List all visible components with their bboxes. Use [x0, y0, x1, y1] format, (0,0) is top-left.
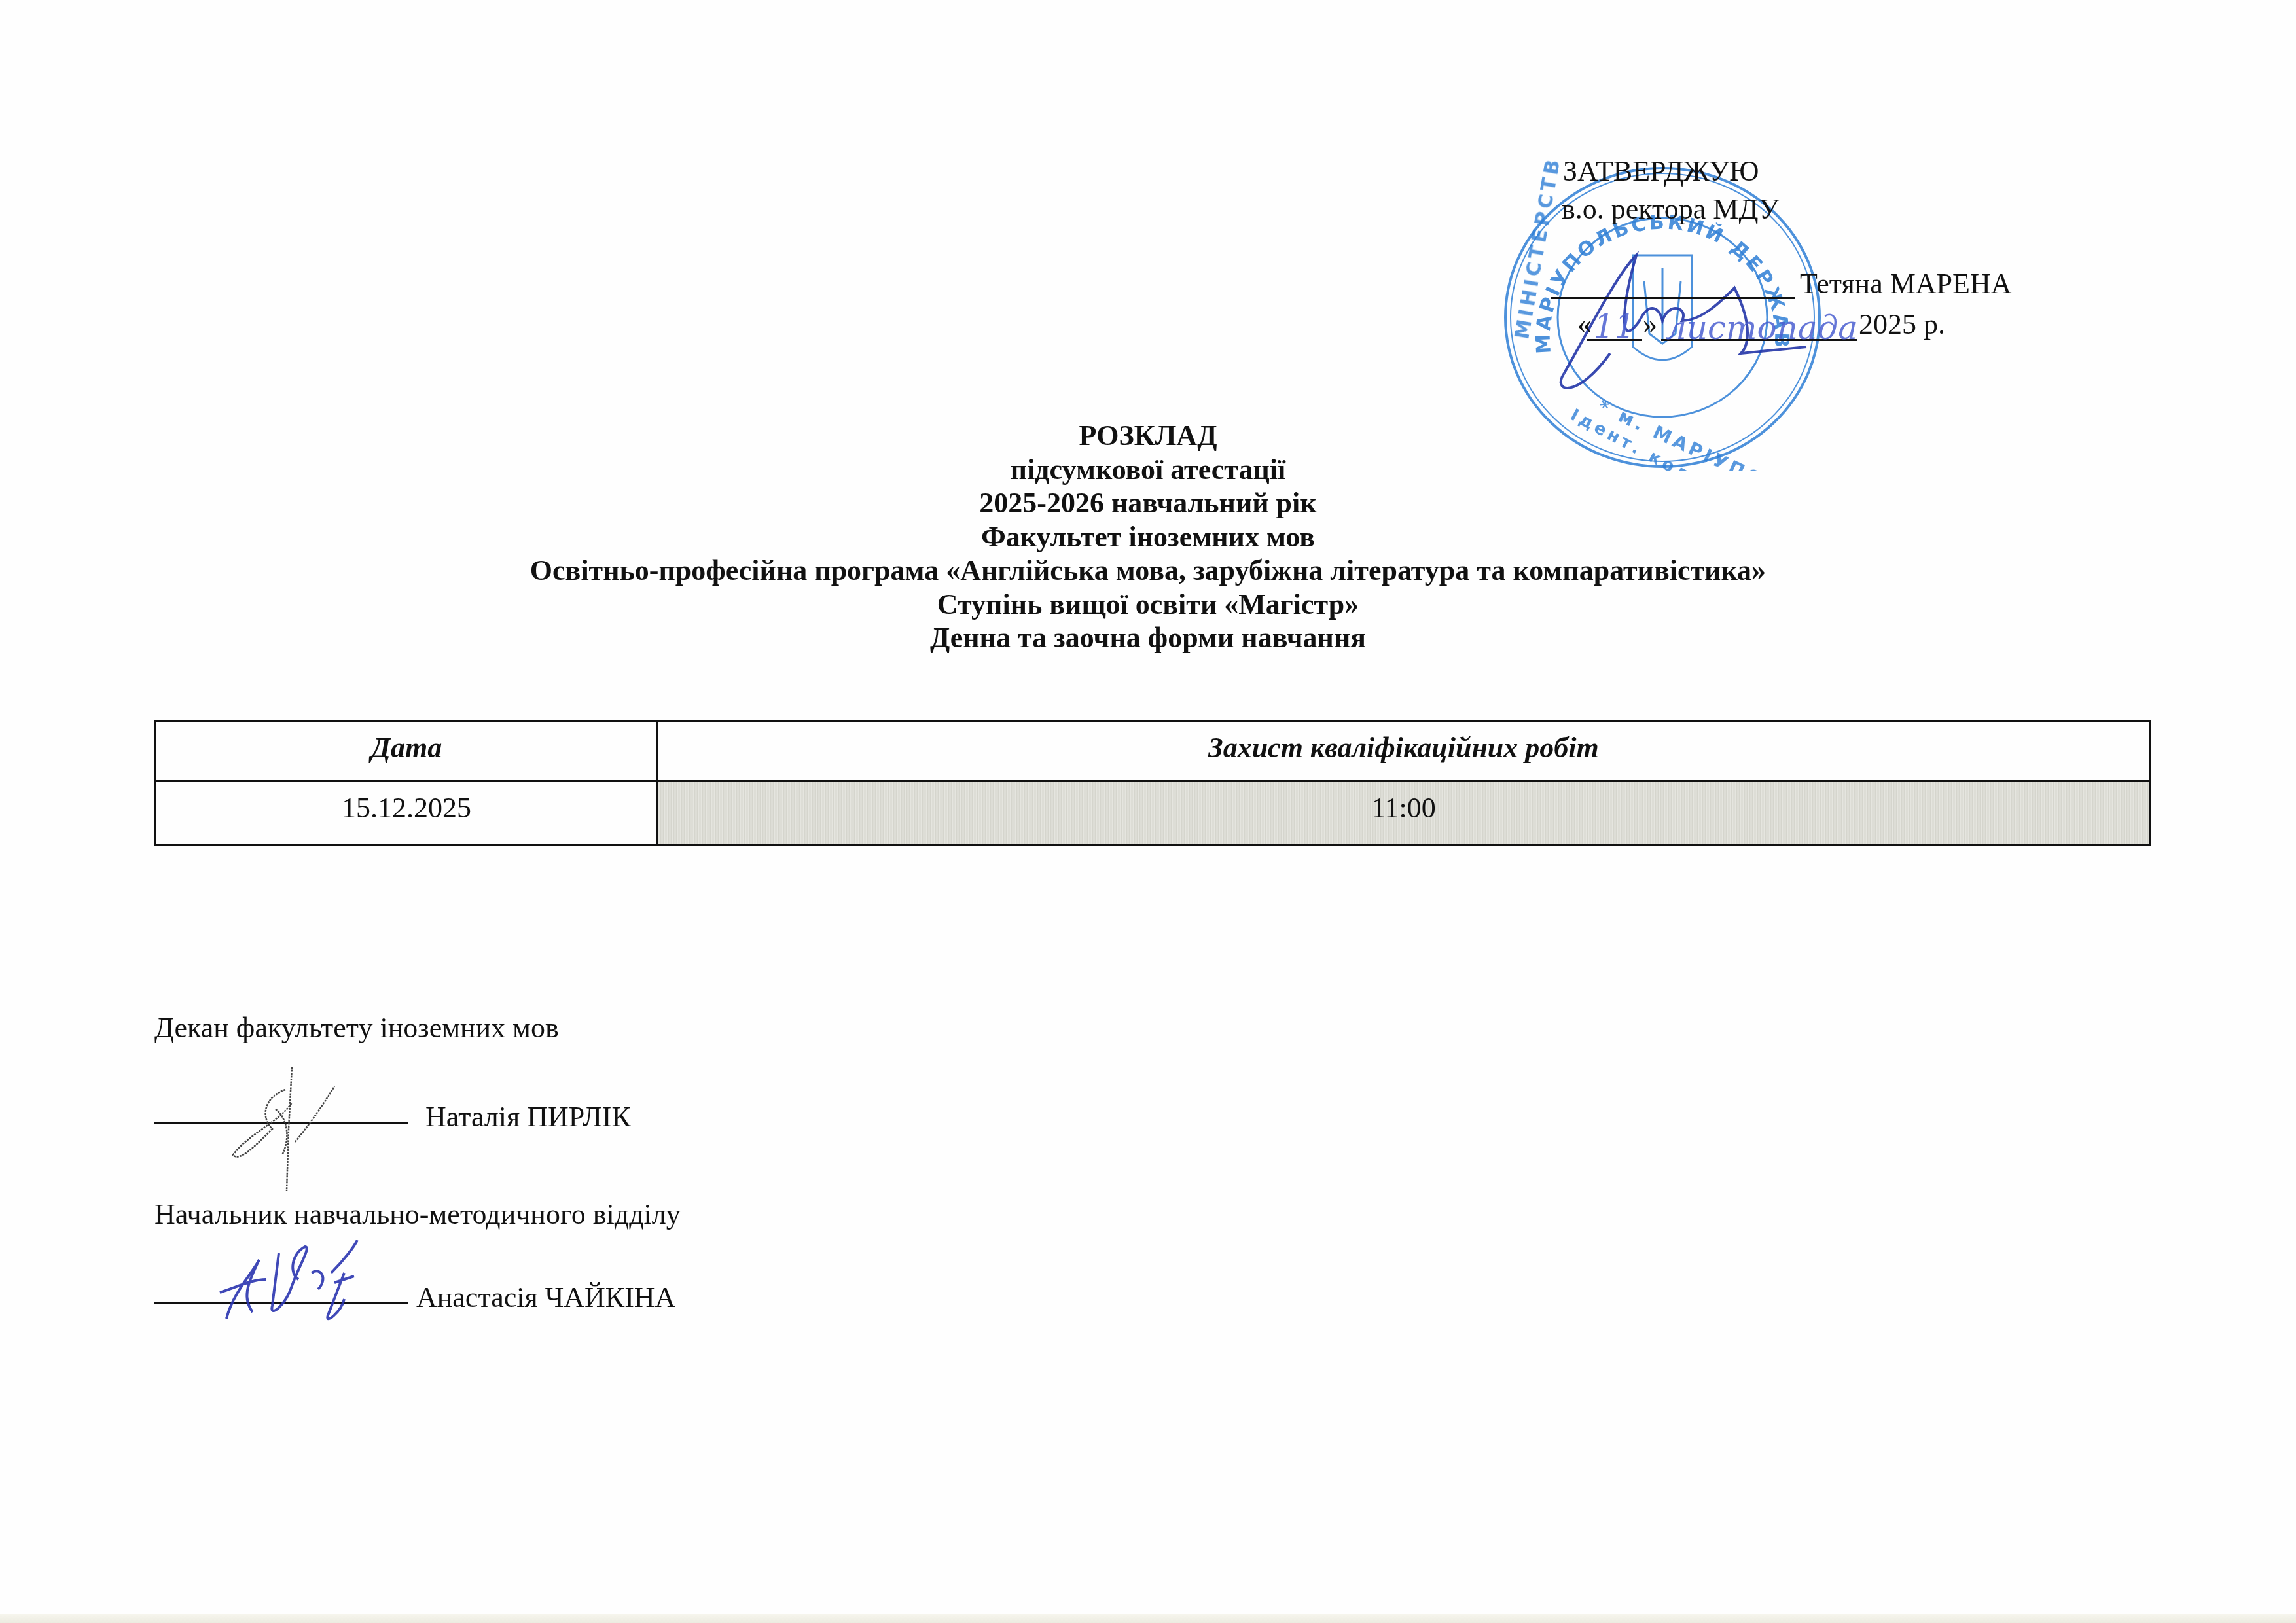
- date-month-handwritten: листопада: [1666, 309, 1857, 347]
- cell-date: 15.12.2025: [156, 781, 658, 846]
- head-role: Начальник навчально-методичного відділу: [154, 1198, 681, 1231]
- date-open-quote: «: [1577, 310, 1592, 339]
- date-year: 2025 р.: [1859, 310, 1945, 339]
- document-subtitle: підсумкової атестації: [0, 453, 2296, 487]
- approval-block: МАРІУПОЛЬСЬКИЙ ДЕРЖАВНИЙ УНІВЕРСИТЕТ МІН…: [1505, 144, 2160, 445]
- dean-role: Декан факультету іноземних мов: [154, 1011, 559, 1044]
- table-row: 15.12.2025 11:00: [156, 781, 2150, 846]
- faculty-name: Факультет іноземних мов: [0, 520, 2296, 554]
- approver-name: Тетяна МАРЕНА: [1800, 270, 2012, 298]
- cell-defense-time: 11:00: [658, 781, 2150, 846]
- head-name: Анастасія ЧАЙКІНА: [416, 1281, 675, 1314]
- program-name: Освітньо-професійна програма «Англійська…: [0, 554, 2296, 588]
- head-signature-icon: [213, 1234, 364, 1325]
- dean-signature-icon: [226, 1063, 344, 1194]
- approver-title: в.о. ректора МДУ: [1562, 195, 1779, 224]
- academic-year: 2025-2026 навчальний рік: [0, 486, 2296, 520]
- table-header-row: Дата Захист кваліфікаційних робіт: [156, 721, 2150, 781]
- document-title-block: РОЗКЛАД підсумкової атестації 2025-2026 …: [0, 419, 2296, 655]
- date-close-quote: »: [1643, 310, 1657, 339]
- column-header-date: Дата: [156, 721, 658, 781]
- date-day-handwritten: 11: [1594, 308, 1636, 346]
- dean-name: Наталія ПИРЛІК: [425, 1100, 631, 1133]
- schedule-table: Дата Захист кваліфікаційних робіт 15.12.…: [154, 720, 2151, 846]
- rector-signature-line: [1551, 297, 1795, 299]
- approve-heading: ЗАТВЕРДЖУЮ: [1563, 157, 1759, 186]
- page-scan-edge: [0, 1614, 2296, 1623]
- column-header-defense: Захист кваліфікаційних робіт: [658, 721, 2150, 781]
- document-title: РОЗКЛАД: [0, 419, 2296, 453]
- degree-level: Ступінь вищої освіти «Магістр»: [0, 588, 2296, 622]
- study-forms: Денна та заочна форми навчання: [0, 621, 2296, 655]
